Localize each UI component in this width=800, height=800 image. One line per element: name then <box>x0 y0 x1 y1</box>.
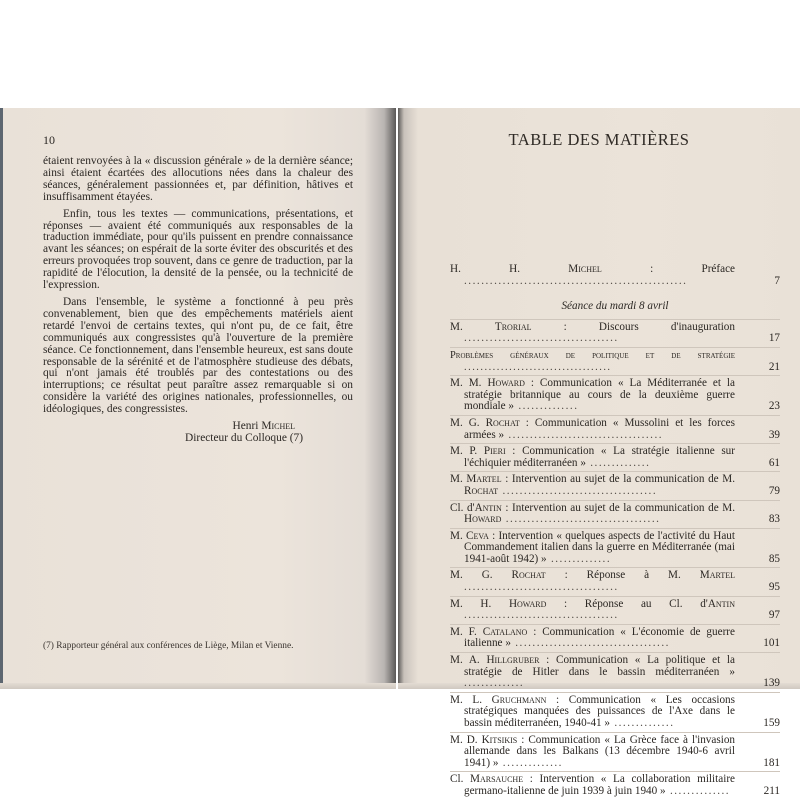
page-number: 10 <box>43 135 55 147</box>
toc-page: 101 <box>735 638 780 650</box>
paragraph: étaient renvoyées à la « discussion géné… <box>43 156 353 204</box>
toc-prefix: M. <box>450 321 495 333</box>
toc-entry: M. M. Howard : Communication « La Médite… <box>450 375 780 415</box>
toc-prefix: H. <box>450 263 509 275</box>
toc-page: 7 <box>735 276 780 288</box>
toc-text: Réponse à M. Martel <box>587 569 735 581</box>
paragraph: Enfin, tous les textes — communications,… <box>43 209 353 292</box>
body-text: étaient renvoyées à la « discussion géné… <box>43 156 353 445</box>
toc-entry: M. Martel : Intervention au sujet de la … <box>450 471 780 499</box>
toc-prefix: M. <box>450 530 466 542</box>
toc-entry: M. P. Pieri : Communication « La stratég… <box>450 443 780 471</box>
toc-entry: M. D. Kitsikis : Communication « La Grèc… <box>450 732 780 772</box>
toc-prefix: M. M. <box>450 377 487 389</box>
toc-entry: M. L. Gruchmann : Communication « Les oc… <box>450 692 780 732</box>
footnote: (7) Rapporteur général aux conférences d… <box>43 641 293 651</box>
toc-page: 159 <box>735 718 780 730</box>
toc-prefix: M. H. <box>450 598 509 610</box>
toc-page: 39 <box>735 430 780 442</box>
toc-prefix: M. G. <box>450 417 486 429</box>
toc-author: Rochat <box>512 569 546 581</box>
toc-author: H. Michel <box>509 263 602 275</box>
toc-page: 97 <box>735 610 780 622</box>
toc-author: Ceva <box>466 530 489 542</box>
toc-entry: M. F. Catalano : Communication « L'écono… <box>450 624 780 652</box>
toc-page: 17 <box>735 333 780 345</box>
toc-entry: M. G. Rochat : Réponse à M. Martel .....… <box>450 567 780 595</box>
toc-author: Pieri <box>484 445 506 457</box>
toc-entry: Problèmes généraux de politique et de st… <box>450 347 780 375</box>
toc-author: Trorial <box>495 321 532 333</box>
page-edge <box>0 683 396 689</box>
toc-page: 181 <box>735 758 780 770</box>
toc-page: 83 <box>735 514 780 526</box>
toc-author: Martel <box>466 473 501 485</box>
toc-prefix: M. P. <box>450 445 484 457</box>
toc-section-title: Problèmes généraux de politique et de st… <box>450 350 735 361</box>
toc-entry-preface: H. H. Michel : Préface .................… <box>450 262 780 289</box>
signature: Henri Michel Directeur du Colloque (7) <box>43 421 353 445</box>
toc-author: Hillgruber <box>486 654 539 666</box>
toc-page: 211 <box>735 786 780 798</box>
toc-list: M. Trorial : Discours d'inauguration ...… <box>450 319 780 800</box>
toc-prefix: M. G. <box>450 569 512 581</box>
table-of-contents: H. H. Michel : Préface .................… <box>450 262 780 800</box>
toc-author: Kitsikis <box>482 734 518 746</box>
toc-page: 23 <box>735 401 780 413</box>
toc-prefix: M. F. <box>450 626 483 638</box>
toc-text: Discours d'inauguration <box>599 321 735 333</box>
toc-author: Antin <box>475 502 502 514</box>
toc-page: 61 <box>735 458 780 470</box>
toc-entry: M. Trorial : Discours d'inauguration ...… <box>450 319 780 347</box>
toc-entry: M. H. Howard : Réponse au Cl. d'Antin ..… <box>450 596 780 624</box>
toc-text: Réponse au Cl. d'Antin <box>585 598 735 610</box>
toc-prefix: M. L. <box>450 694 492 706</box>
toc-page: 79 <box>735 486 780 498</box>
toc-entry: M. Ceva : Intervention « quelques aspect… <box>450 528 780 568</box>
toc-prefix: M. <box>450 473 466 485</box>
toc-prefix: M. A. <box>450 654 486 666</box>
toc-entry: Cl. Marsauche : Intervention « La collab… <box>450 771 780 799</box>
toc-page: 85 <box>735 554 780 566</box>
toc-author: Gruchmann <box>492 694 547 706</box>
paragraph: Dans l'ensemble, le système a fonctionné… <box>43 297 353 416</box>
toc-entry: Cl. d'Antin : Intervention au sujet de l… <box>450 500 780 528</box>
session-heading: Séance du mardi 8 avril <box>450 301 780 313</box>
left-page: 10 étaient renvoyées à la « discussion g… <box>0 108 396 689</box>
toc-page: 139 <box>735 678 780 690</box>
toc-author: Marsauche <box>470 773 523 785</box>
signature-role: Directeur du Colloque (7) <box>43 433 353 445</box>
toc-prefix: M. D. <box>450 734 482 746</box>
toc-title: TABLE DES MATIÈRES <box>398 130 800 150</box>
toc-text: Préface <box>701 263 735 275</box>
toc-entry: M. A. Hillgruber : Communication « La po… <box>450 652 780 692</box>
toc-prefix: Cl. <box>450 773 470 785</box>
toc-author: Catalano <box>483 626 528 638</box>
toc-author: Rochat <box>486 417 520 429</box>
toc-page: 95 <box>735 582 780 594</box>
toc-prefix: Cl. d' <box>450 502 475 514</box>
toc-entry: M. G. Rochat : Communication « Mussolini… <box>450 415 780 443</box>
toc-author: Howard <box>487 377 524 389</box>
toc-page: 21 <box>735 362 780 374</box>
toc-author: Howard <box>509 598 546 610</box>
